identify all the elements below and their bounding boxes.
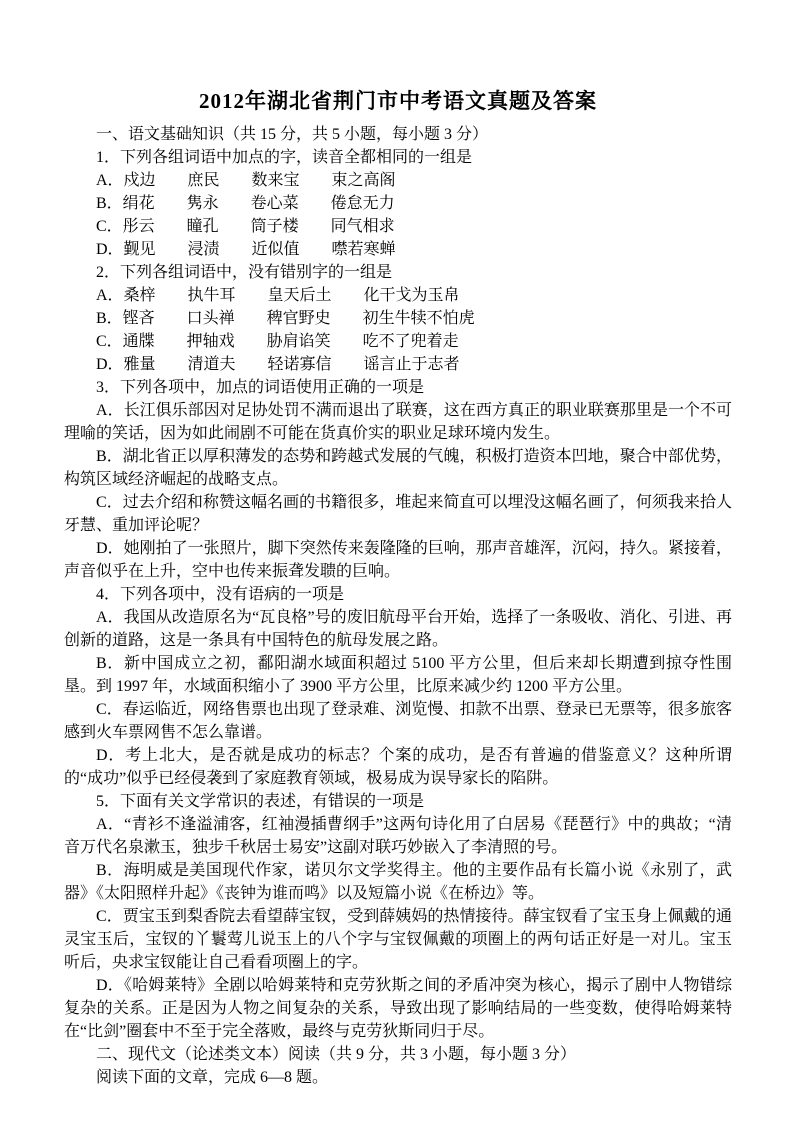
question-1-option-a: A．戍边 庶民 数来宝 束之高阁 — [64, 169, 732, 192]
question-3-stem: 3．下列各项中，加点的词语使用正确的一项是 — [64, 376, 732, 399]
question-4-option-c: C．春运临近，网络售票也出现了登录难、浏览慢、扣款不出票、登录已无票等，很多旅客… — [64, 698, 732, 744]
section-2-instruction: 阅读下面的文章，完成 6—8 题。 — [64, 1066, 732, 1089]
question-4-stem: 4．下列各项中，没有语病的一项是 — [64, 583, 732, 606]
question-3-option-c: C．过去介绍和称赞这幅名画的书籍很多，堆起来简直可以埋没这幅名画了，何须我来拾人… — [64, 491, 732, 537]
section-2-heading: 二、现代文（论述类文本）阅读（共 9 分，共 3 小题，每小题 3 分） — [64, 1043, 732, 1066]
question-5-option-b: B．海明威是美国现代作家，诺贝尔文学奖得主。他的主要作品有长篇小说《永别了，武器… — [64, 859, 732, 905]
document-page: 2012年湖北省荆门市中考语文真题及答案 一、语文基础知识（共 15 分，共 5… — [0, 0, 794, 1123]
question-1-stem: 1．下列各组词语中加点的字，读音全都相同的一组是 — [64, 146, 732, 169]
section-1-heading: 一、语文基础知识（共 15 分，共 5 小题，每小题 3 分） — [64, 123, 732, 146]
question-4-option-b: B．新中国成立之初，鄱阳湖水域面积超过 5100 平方公里，但后来却长期遭到掠夺… — [64, 652, 732, 698]
question-5-stem: 5．下面有关文学常识的表述，有错误的一项是 — [64, 790, 732, 813]
question-2-stem: 2．下列各组词语中，没有错别字的一组是 — [64, 261, 732, 284]
question-4-option-d: D．考上北大，是否就是成功的标志？个案的成功，是否有普遍的借鉴意义？这种所谓的“… — [64, 744, 732, 790]
question-5-option-c: C．贾宝玉到梨香院去看望薛宝钗，受到薛姨妈的热情接待。薛宝钗看了宝玉身上佩戴的通… — [64, 905, 732, 974]
document-title: 2012年湖北省荆门市中考语文真题及答案 — [64, 86, 732, 116]
question-1-option-c: C．彤云 瞳孔 筒子楼 同气相求 — [64, 215, 732, 238]
question-2-option-a: A．桑梓 执牛耳 皇天后土 化干戈为玉帛 — [64, 284, 732, 307]
question-2-option-c: C．通牒 押轴戏 胁肩谄笑 吃不了兜着走 — [64, 330, 732, 353]
question-5-option-d: D．《哈姆莱特》全剧以哈姆莱特和克劳狄斯之间的矛盾冲突为核心，揭示了剧中人物错综… — [64, 974, 732, 1043]
question-1-option-d: D．觐见 浸渍 近似值 噤若寒蝉 — [64, 238, 732, 261]
question-3-option-a: A．长江俱乐部因对足协处罚不满而退出了联赛，这在西方真正的职业联赛那里是一个不可… — [64, 399, 732, 445]
question-1-option-b: B．绢花 隽永 卷心菜 倦怠无力 — [64, 192, 732, 215]
question-2-option-b: B．铿吝 口头禅 稗官野史 初生牛犊不怕虎 — [64, 307, 732, 330]
question-3-option-b: B．湖北省正以厚积薄发的态势和跨越式发展的气魄，积极打造资本凹地，聚合中部优势，… — [64, 445, 732, 491]
question-4-option-a: A．我国从改造原名为“瓦良格”号的废旧航母平台开始，选择了一条吸收、消化、引进、… — [64, 606, 732, 652]
question-3-option-d: D．她刚拍了一张照片，脚下突然传来轰隆隆的巨响，那声音雄浑，沉闷，持久。紧接着，… — [64, 537, 732, 583]
question-2-option-d: D．雅量 清道夫 轻诺寡信 谣言止于志者 — [64, 353, 732, 376]
question-5-option-a: A．“青衫不逢溢浦客，红袖漫插曹纲手”这两句诗化用了白居易《琵琶行》中的典故；“… — [64, 813, 732, 859]
